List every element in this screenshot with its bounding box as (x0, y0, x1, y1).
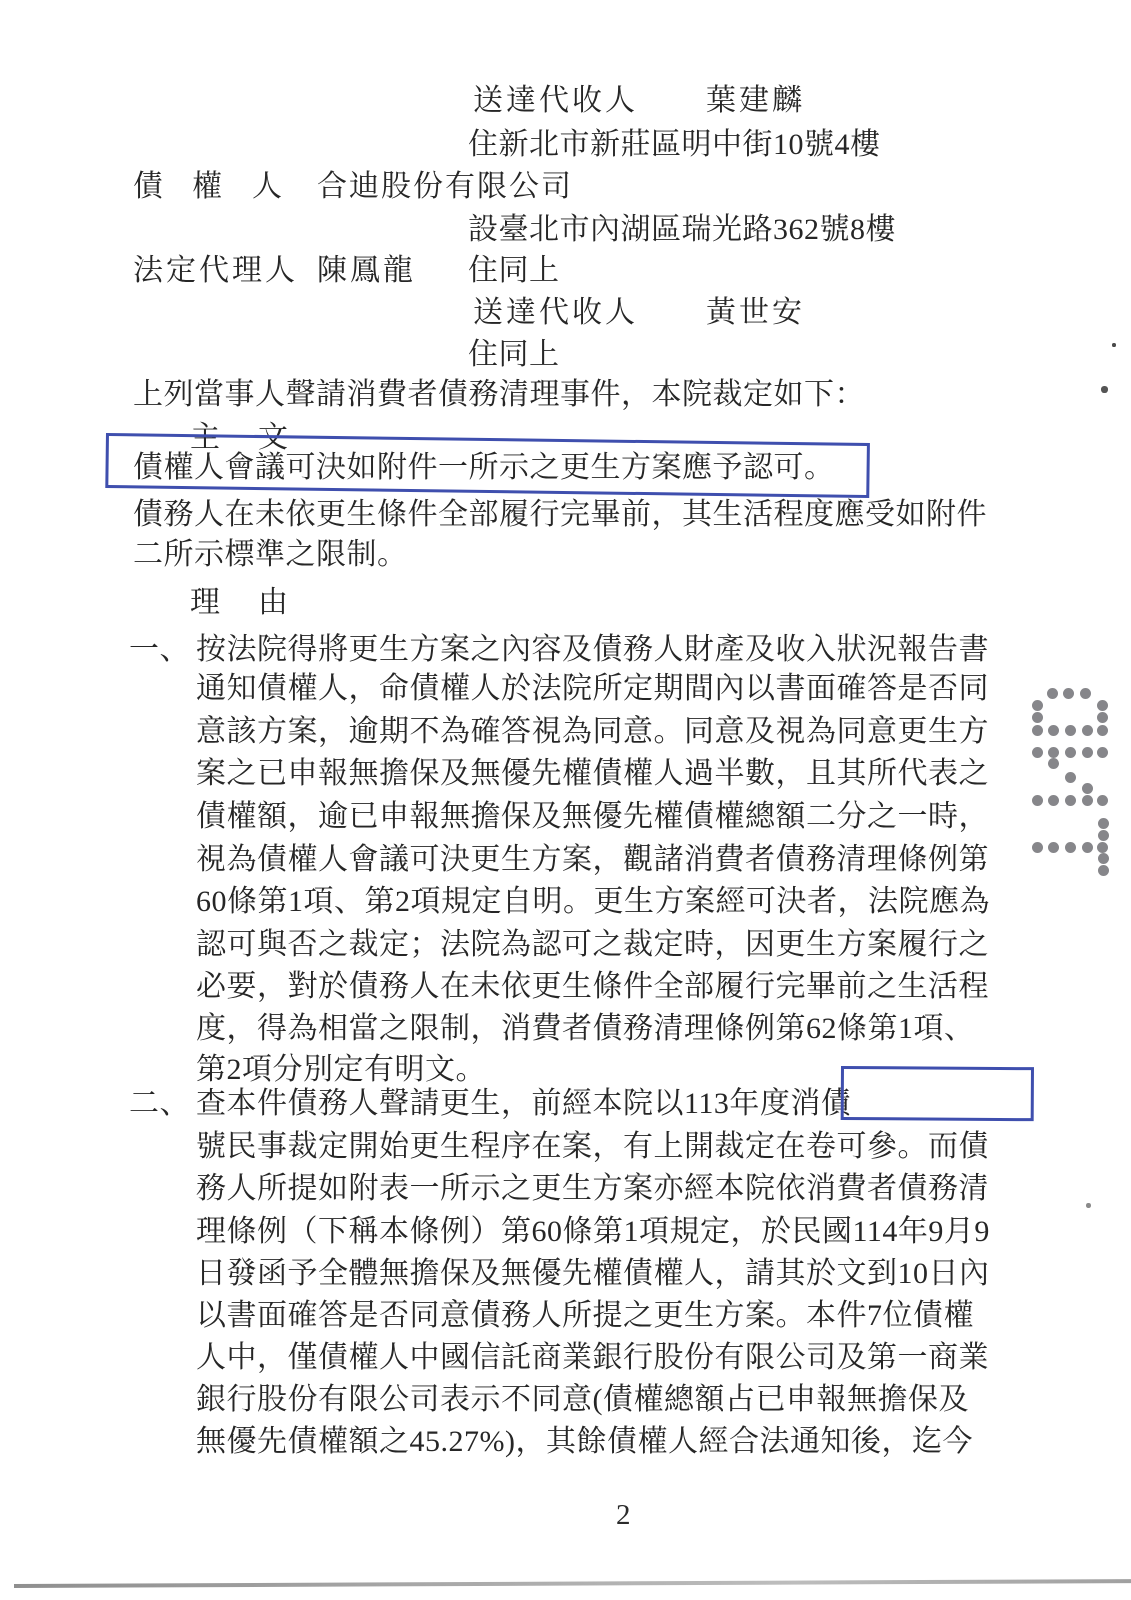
redaction-box (841, 1066, 1034, 1121)
scan-speck (1112, 343, 1116, 347)
dot-matrix-mark-dot (1032, 795, 1043, 806)
reason-line: 銀行股份有限公司表示不同意(債權總額占已申報無擔保及 (196, 1383, 969, 1416)
creditor-line: 人 (252, 170, 283, 203)
dot-matrix-mark-dot (1048, 758, 1059, 769)
address-line: 設臺北市內湖區瑞光路362號8樓 (468, 213, 896, 246)
approval-highlight-box (105, 433, 870, 498)
reason-line: 查本件債務人聲請更生，前經本院以113年度消債 (196, 1087, 851, 1120)
dot-matrix-mark-dot (1082, 725, 1093, 736)
reason-line: 視為債權人會議可決更生方案，觀諸消費者債務清理條例第 (196, 843, 989, 876)
dot-matrix-mark-dot (1082, 842, 1093, 853)
dot-matrix-mark-dot (1065, 772, 1076, 783)
address-line: 住新北市新莊區明中街10號4樓 (468, 128, 881, 161)
dot-matrix-mark-dot (1048, 747, 1059, 758)
page-number: 2 (616, 1499, 631, 1532)
creditor-line: 權 (192, 170, 223, 203)
legal-representative-line: 法定代理人 (133, 254, 298, 287)
scan-speck (1086, 1203, 1091, 1208)
creditor-line: 債 (133, 170, 164, 203)
reason-line: 以書面確答是否同意債務人所提之更生方案。本件7位債權 (196, 1299, 974, 1332)
reason-line: 意該方案，逾期不為確答視為同意。同意及視為同意更生方 (196, 715, 989, 748)
case-intro-line: 上列當事人聲請消費者債務清理事件，本院裁定如下： (133, 378, 865, 411)
document-page: 2 送達代收人葉建麟住新北市新莊區明中街10號4樓債權人合迪股份有限公司設臺北市… (0, 0, 1131, 1600)
reason-line: 無優先債權額之45.27%)，其餘債權人經合法通知後，迄今 (196, 1425, 973, 1458)
dot-matrix-mark-dot (1048, 795, 1059, 806)
ruling-line: 債務人在未依更生條件全部履行完畢前，其生活程度應受如附件 (133, 498, 987, 531)
dot-matrix-mark-dot (1065, 842, 1076, 853)
reason-line: 理條例（下稱本條例）第60條第1項規定，於民國114年9月9 (196, 1215, 990, 1248)
dot-matrix-mark-dot (1047, 688, 1058, 699)
dot-matrix-mark-dot (1082, 783, 1093, 794)
reason-line: 第2項分別定有明文。 (196, 1053, 486, 1086)
dot-matrix-mark-dot (1032, 747, 1043, 758)
reason-line: 認可與否之裁定；法院為認可之裁定時，因更生方案履行之 (196, 928, 989, 961)
ruling-line: 二所示標準之限制。 (133, 538, 408, 571)
paper-scan-edge (14, 1579, 1131, 1588)
dot-matrix-mark-dot (1065, 747, 1076, 758)
dot-matrix-mark-dot (1032, 725, 1043, 736)
dot-matrix-mark-dot (1097, 795, 1108, 806)
dot-matrix-mark-dot (1063, 688, 1074, 699)
reason-line: 一、 (129, 633, 190, 666)
dot-matrix-mark-dot (1098, 818, 1109, 829)
service-agent-line: 葉建麟 (706, 84, 805, 117)
dot-matrix-mark-dot (1048, 725, 1059, 736)
reason-line: 二、 (129, 1087, 190, 1120)
dot-matrix-mark-dot (1097, 842, 1108, 853)
scan-speck (1101, 386, 1108, 393)
dot-matrix-mark-dot (1098, 853, 1109, 864)
dot-matrix-mark-dot (1082, 747, 1093, 758)
reason-line: 必要，對於債務人在未依更生條件全部履行完畢前之生活程 (196, 970, 989, 1003)
dot-matrix-mark-dot (1098, 865, 1109, 876)
reason-line: 按法院得將更生方案之內容及債務人財產及收入狀況報告書 (196, 633, 989, 666)
reason-line: 60條第1項、第2項規定自明。更生方案經可決者，法院應為 (196, 885, 990, 918)
creditor-line: 合迪股份有限公司 (317, 170, 573, 203)
dot-matrix-mark-dot (1032, 842, 1043, 853)
dot-matrix-mark-dot (1065, 725, 1076, 736)
service-agent-line: 黃世安 (706, 296, 805, 329)
dot-matrix-mark-dot (1080, 688, 1091, 699)
reason-line: 通知債權人，命債權人於法院所定期間內以書面確答是否同 (196, 672, 989, 705)
reason-line: 債權額，逾已申報無擔保及無優先權債權總額二分之一時， (196, 800, 989, 833)
reason-line: 度，得為相當之限制，消費者債務清理條例第62條第1項、 (196, 1012, 975, 1045)
reason-line: 號民事裁定開始更生程序在案，有上開裁定在卷可參。而債 (196, 1130, 989, 1163)
dot-matrix-mark-dot (1097, 700, 1108, 711)
dot-matrix-mark-dot (1097, 712, 1108, 723)
address-line: 住同上 (468, 338, 560, 371)
dot-matrix-mark-dot (1048, 842, 1059, 853)
reason-line: 務人所提如附表一所示之更生方案亦經本院依消費者債務清 (196, 1172, 989, 1205)
dot-matrix-mark-dot (1097, 725, 1108, 736)
dot-matrix-mark-dot (1065, 795, 1076, 806)
service-agent-line: 送達代收人 (473, 84, 638, 117)
legal-representative-line: 住同上 (468, 254, 560, 287)
legal-representative-line: 陳鳳龍 (317, 254, 416, 287)
dot-matrix-mark-dot (1082, 795, 1093, 806)
section-heading-reasons: 由 (258, 586, 289, 619)
dot-matrix-mark-dot (1097, 747, 1108, 758)
service-agent-line: 送達代收人 (473, 296, 638, 329)
reason-line: 案之已申報無擔保及無優先權債權人過半數，且其所代表之 (196, 757, 989, 790)
dot-matrix-mark-dot (1032, 712, 1043, 723)
dot-matrix-mark-dot (1032, 700, 1043, 711)
dot-matrix-mark-dot (1098, 830, 1109, 841)
reason-line: 日發函予全體無擔保及無優先權債權人，請其於文到10日內 (196, 1257, 990, 1290)
section-heading-reasons: 理 (190, 586, 221, 619)
reason-line: 人中，僅債權人中國信託商業銀行股份有限公司及第一商業 (196, 1341, 989, 1374)
